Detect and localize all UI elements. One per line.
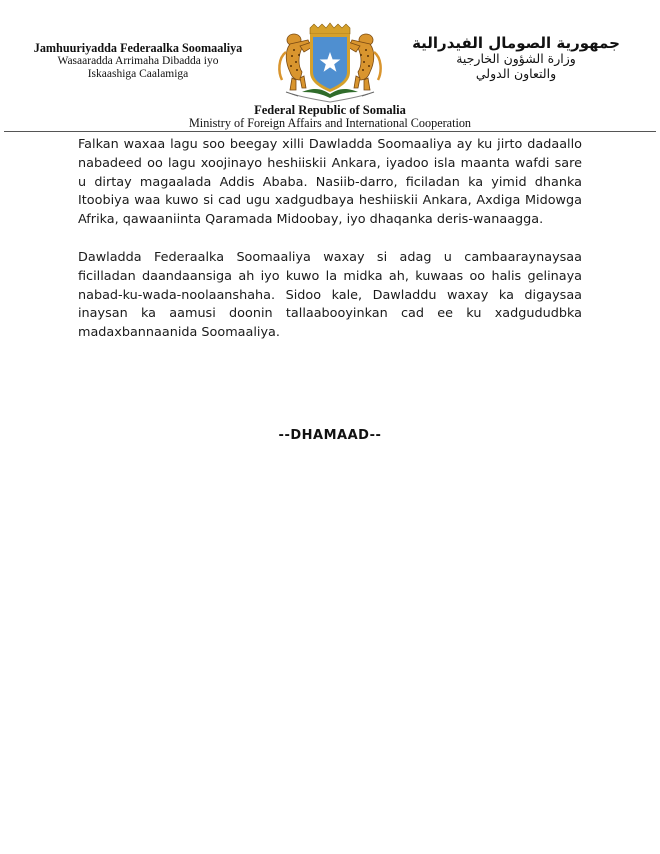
- letterhead-english-block: Federal Republic of Somalia Ministry of …: [0, 104, 660, 130]
- letterhead-somali-block: Jamhuuriyadda Federaalka Soomaaliya Wasa…: [22, 42, 254, 81]
- body-paragraph: Dawladda Federaalka Soomaaliya waxay si …: [78, 249, 582, 343]
- closing-mark: --DHAMAAD--: [0, 428, 660, 443]
- letterhead-arabic-block: جمهورية الصومال الفيدرالية وزارة الشؤون …: [385, 36, 647, 81]
- letterhead-arabic-ministry-2: والتعاون الدولي: [385, 66, 647, 81]
- letterhead-english-ministry: Ministry of Foreign Affairs and Internat…: [0, 117, 660, 130]
- header-divider: [4, 131, 656, 132]
- document-body: Falkan waxaa lagu soo beegay xilli Dawla…: [78, 136, 582, 362]
- body-paragraph: Falkan waxaa lagu soo beegay xilli Dawla…: [78, 136, 582, 230]
- letterhead-somali-ministry: Wasaaradda Arrimaha Dibadda iyo: [22, 55, 254, 68]
- letterhead: Jamhuuriyadda Federaalka Soomaaliya Wasa…: [0, 0, 660, 135]
- letterhead-arabic-ministry: وزارة الشؤون الخارجية: [385, 51, 647, 66]
- letterhead-somali-title: Jamhuuriyadda Federaalka Soomaaliya: [22, 42, 254, 55]
- letterhead-arabic-title: جمهورية الصومال الفيدرالية: [385, 36, 647, 51]
- coat-of-arms-icon: [272, 22, 388, 104]
- letterhead-somali-ministry-2: Iskaashiga Caalamiga: [22, 68, 254, 81]
